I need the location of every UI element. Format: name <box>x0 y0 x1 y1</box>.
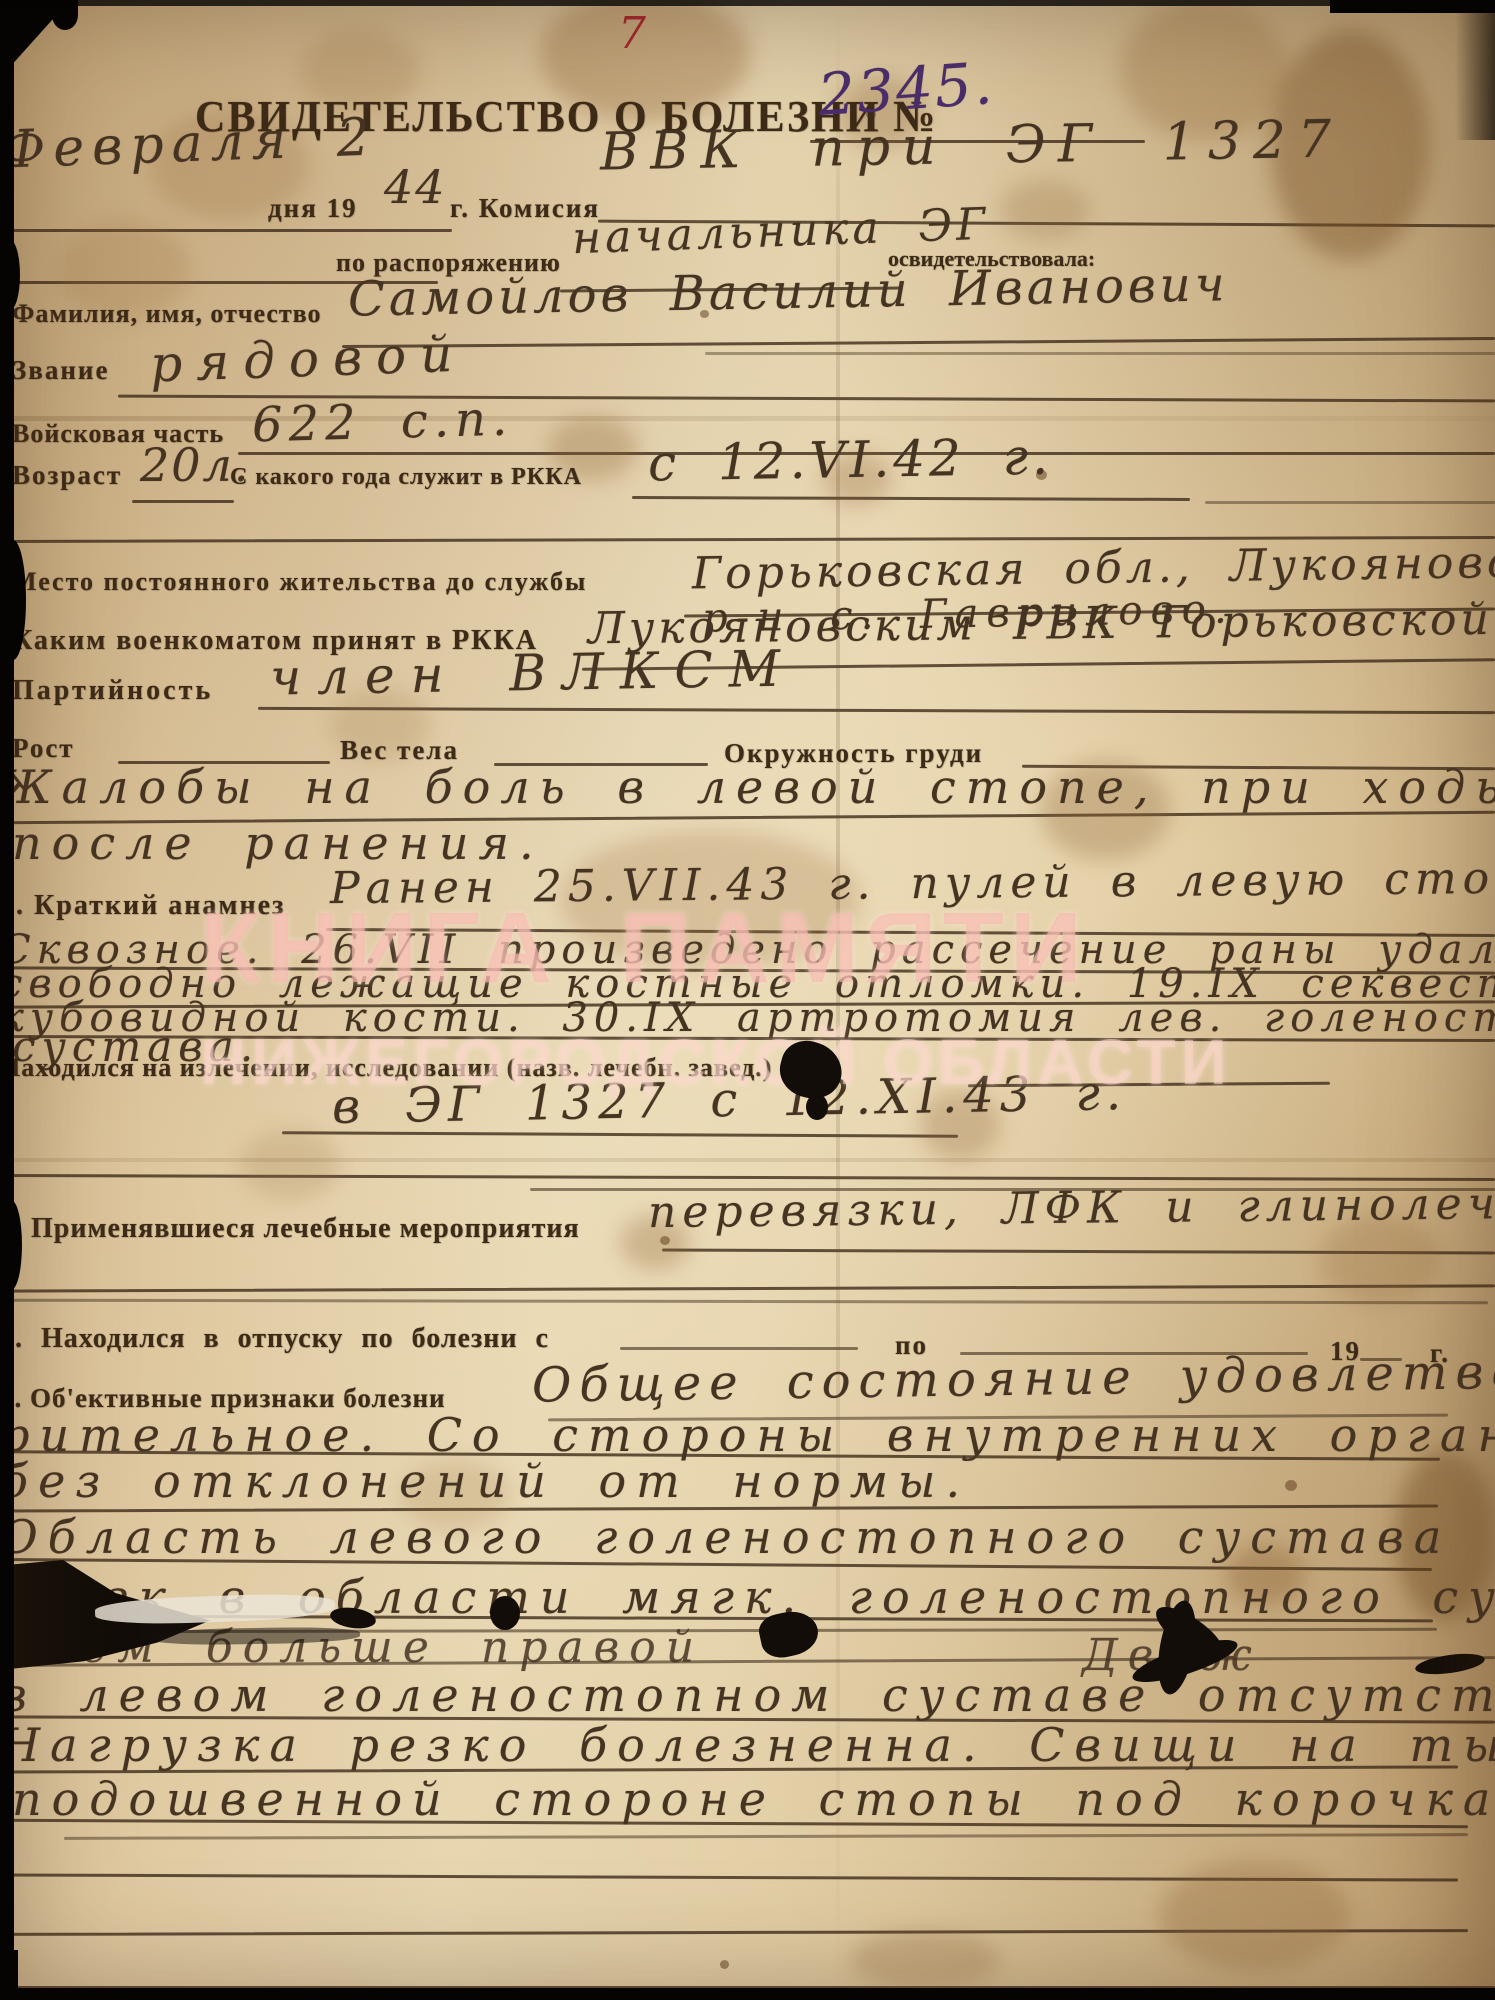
unit-value-handwritten: 622 с.п. <box>251 395 513 450</box>
treatment-value-handwritten: перевязки, ЛФК и глинолечение <box>648 1181 1495 1235</box>
objective-line9-handwritten: подошвенной стороне стопы под корочками. <box>12 1776 1495 1822</box>
paper-stain <box>240 1130 340 1200</box>
day-label: дня 19 <box>268 194 358 224</box>
commission-name-handwritten: ВВК при ЭГ 1327 <box>600 114 1344 179</box>
form-rule <box>1205 501 1495 504</box>
age-label: Возраст <box>12 461 122 491</box>
year-handwritten: 44 <box>384 164 447 210</box>
objective-line3-handwritten: без отклонений от нормы. <box>0 1458 970 1504</box>
watermark-line2: НИЖЕГОРОДСКОЙ ОБЛАСТИ <box>200 1030 1232 1094</box>
complaints-line2-handwritten: после ранения. <box>12 820 544 866</box>
service-label: С какого года служит в РККА <box>230 464 582 490</box>
objective-line4-handwritten: Область левого голеностопного сустава от… <box>0 1514 1495 1560</box>
residence-label: Место постоянного жительства до службы <box>12 568 587 597</box>
photo-edge-left <box>0 540 26 660</box>
objective-line7-handwritten: в левом голеностопном суставе отсутствую… <box>0 1672 1495 1718</box>
treatment-label: 2. Применявшиеся лечебные мероприятия <box>0 1214 580 1245</box>
ink-blot <box>490 1596 520 1630</box>
photo-edge-left <box>0 1200 22 1290</box>
certificate-number-handwritten: 2345. <box>816 54 996 124</box>
leave-label: 3. Находился в отпуску по болезни с <box>0 1324 549 1355</box>
rank-label: Звание <box>12 356 109 386</box>
page-number: 7 <box>618 12 646 56</box>
objective-line8-handwritten: Нагрузка резко болезненна. Свищи на тыле… <box>0 1722 1495 1768</box>
paper-speck <box>720 1960 729 1969</box>
form-rule <box>705 352 1495 355</box>
photo-edge-right <box>1455 0 1495 140</box>
paper-stain <box>850 1930 1000 1990</box>
form-rule <box>132 500 234 503</box>
service-value-handwritten: с 12.VI.42 г. <box>648 431 1053 488</box>
objective-line1-handwritten: Общее состояние удовлетво — <box>532 1346 1495 1409</box>
paper-crease <box>0 1158 1495 1162</box>
objective-line2-handwritten: рительное. Со стороны внутренних органов <box>0 1412 1495 1458</box>
name-value-handwritten: Самойлов Василий Иванович <box>348 260 1229 323</box>
party-label: Партийность <box>12 676 213 707</box>
photo-edge-top <box>1330 0 1495 13</box>
date-handwritten: Февраля 2 <box>1 111 378 176</box>
document-photo: 7 СВИДЕТЕЛЬСТВО О БОЛЕЗНИ № 2345. Феврал… <box>0 0 1495 2000</box>
form-rule <box>0 229 452 232</box>
paper-stain <box>1160 1860 1350 1970</box>
photo-edge-bottom <box>0 1988 1495 2000</box>
watermark-line1: КНИГА ПАМЯТИ <box>200 898 1088 998</box>
paper-crease <box>0 416 1495 421</box>
rank-value-handwritten: рядовой <box>149 328 467 389</box>
name-label: Фамилия, имя, отчество <box>12 300 322 329</box>
photo-edge-corner <box>0 1950 18 2000</box>
form-rule <box>620 1347 858 1350</box>
complaints-line1-handwritten: Жалобы на боль в левой стопе, при ходьбе <box>0 764 1495 810</box>
photo-edge-left <box>0 240 20 310</box>
party-value-handwritten: член ВЛКСМ <box>270 643 797 702</box>
ink-blot <box>806 1094 828 1120</box>
paper-stain <box>1000 180 1090 240</box>
paper-speck <box>1285 1480 1297 1491</box>
photo-edge-top <box>0 0 1495 6</box>
